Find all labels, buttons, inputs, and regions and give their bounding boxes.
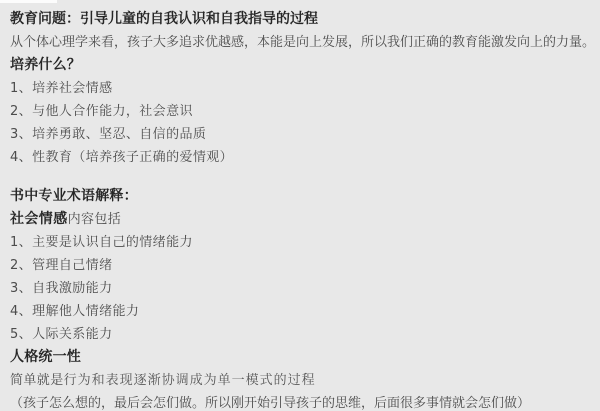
cultivate-item: 4、性教育（培养孩子正确的爱情观） xyxy=(10,146,592,169)
personality-definition: 简单就是行为和表现逐渐协调成为单一模式的过程 xyxy=(10,369,592,392)
social-emotion-line: 社会情感内容包括 xyxy=(10,208,592,231)
notes-document: 教育问题：引导儿童的自我认识和自我指导的过程 从个体心理学来看，孩子大多追求优越… xyxy=(0,0,600,411)
top-left-white-strip xyxy=(0,0,57,3)
social-emotion-term: 社会情感 xyxy=(10,211,68,227)
cultivate-item: 1、培养社会情感 xyxy=(10,77,592,100)
intro-text: 从个体心理学来看，孩子大多追求优越感，本能是向上发展，所以我们正确的教育能激发向… xyxy=(10,31,592,54)
personality-definition-rest: 行为和表现逐渐协调成为单一模式的过程 xyxy=(64,373,316,388)
cultivate-item: 2、与他人合作能力，社会意识 xyxy=(10,100,592,123)
cultivate-heading: 培养什么？ xyxy=(10,54,592,77)
social-emotion-item: 4、理解他人情绪能力 xyxy=(10,300,592,323)
terms-heading: 书中专业术语解释： xyxy=(10,185,592,208)
social-emotion-suffix: 内容包括 xyxy=(68,212,122,227)
personality-definition-prefix: 简单就是 xyxy=(10,373,64,388)
cultivate-item: 3、培养勇敢、坚忍、自信的品质 xyxy=(10,123,592,146)
personality-note: （孩子怎么想的，最后会怎们做。所以刚开始引导孩子的思维，后面很多事情就会怎们做） xyxy=(10,392,592,411)
social-emotion-item: 2、管理自己情绪 xyxy=(10,254,592,277)
social-emotion-item: 5、人际关系能力 xyxy=(10,323,592,346)
doc-title: 教育问题：引导儿童的自我认识和自我指导的过程 xyxy=(10,8,592,31)
section-gap xyxy=(10,169,592,185)
social-emotion-item: 3、自我激励能力 xyxy=(10,277,592,300)
personality-heading: 人格统一性 xyxy=(10,346,592,369)
social-emotion-item: 1、主要是认识自己的情绪能力 xyxy=(10,231,592,254)
